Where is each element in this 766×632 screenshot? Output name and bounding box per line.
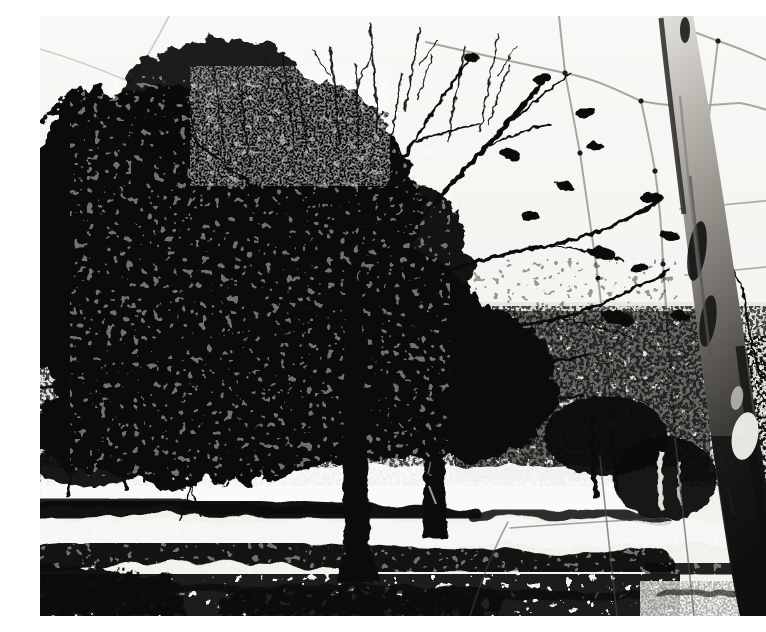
wire-knot (638, 98, 643, 103)
orchard-photo (40, 16, 766, 616)
wire-knot (660, 261, 665, 266)
trunk-root-flare (336, 556, 380, 582)
litter-patch (220, 592, 500, 616)
wire-knot (577, 150, 582, 155)
wire-knot (596, 276, 601, 281)
foliage-dapple (190, 66, 390, 186)
background-canopy (613, 436, 717, 520)
wire-knot (715, 38, 720, 43)
wire-knot (652, 168, 657, 173)
leaf-clump (640, 193, 664, 204)
white-trunk (660, 452, 662, 510)
post-knothole (680, 17, 690, 43)
wire-knot (562, 70, 567, 75)
